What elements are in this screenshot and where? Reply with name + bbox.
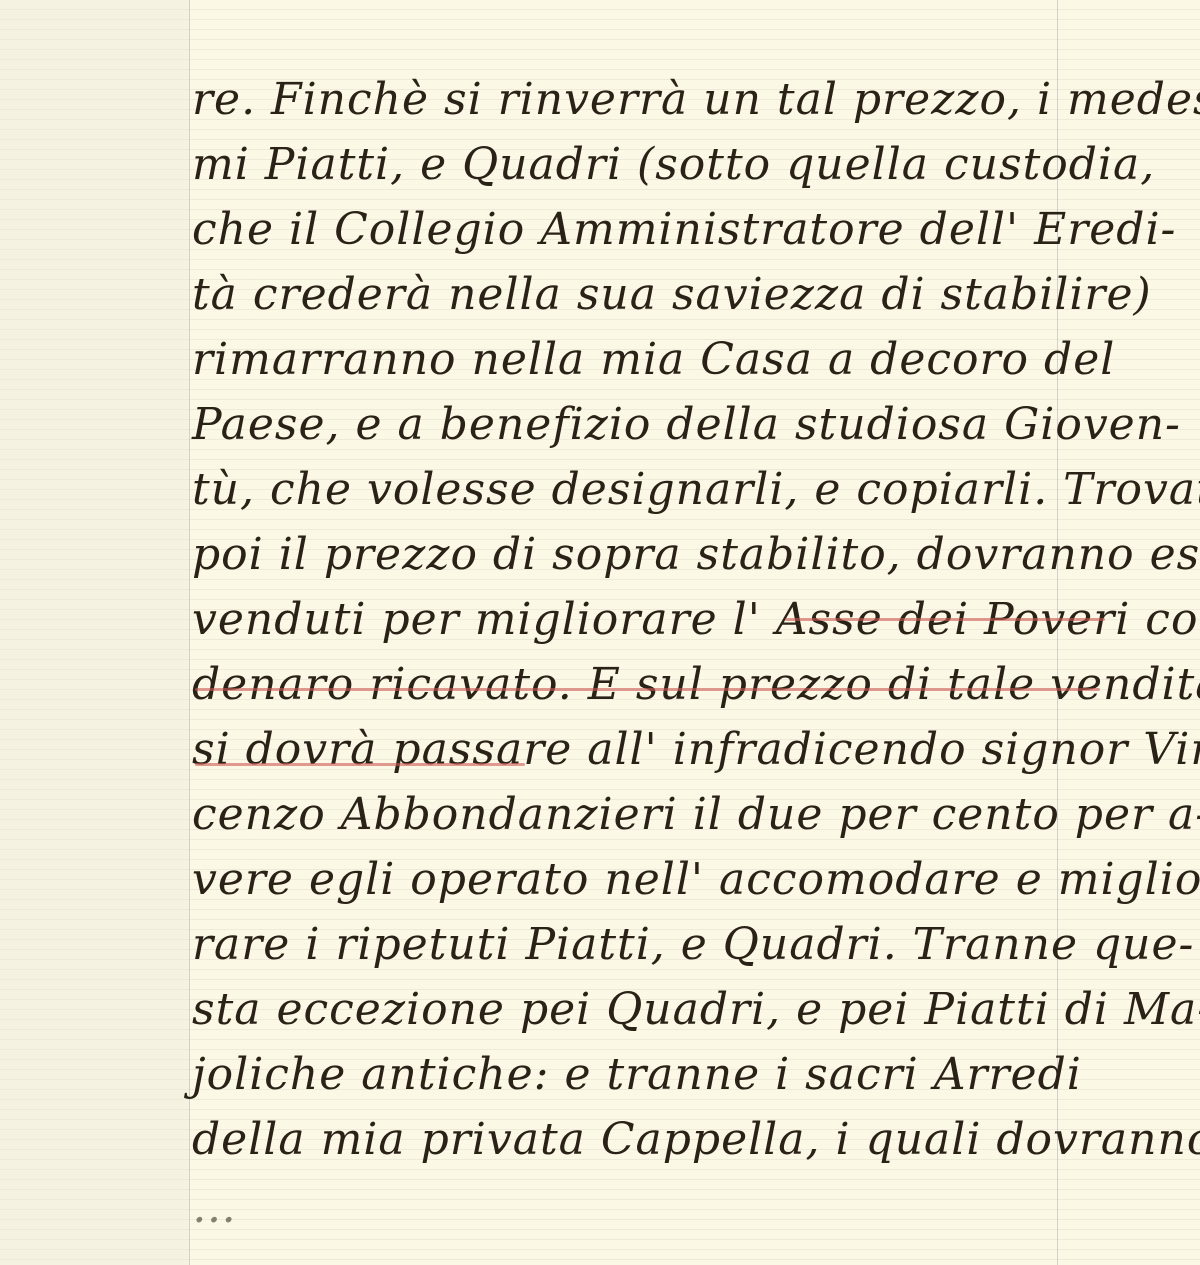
- text-line-17: della mia privata Cappella, i quali dovr…: [192, 1110, 1200, 1170]
- left-margin-rule: [189, 0, 190, 1265]
- text-line-10: denaro ricavato. E sul prezzo di tale ve…: [192, 655, 1200, 715]
- text-line-8: poi il prezzo di sopra stabilito, dovran…: [192, 525, 1200, 585]
- text-line-13: vere egli operato nell' accomodare e mig…: [192, 850, 1200, 910]
- text-line-3: che il Collegio Amministratore dell' Ere…: [192, 200, 1176, 260]
- text-line-7: tù, che volesse designarli, e copiarli. …: [192, 460, 1200, 520]
- left-margin-area: [0, 0, 189, 1265]
- red-underline-2: [195, 688, 1100, 691]
- text-line-11: si dovrà passare all' infradicendo signo…: [192, 720, 1200, 780]
- text-line-6: Paese, e a benefizio della studiosa Giov…: [192, 395, 1181, 455]
- red-underline-1: [785, 618, 1105, 621]
- text-line-15: sta eccezione pei Quadri, e pei Piatti d…: [192, 980, 1200, 1040]
- text-line-18-cutoff: …: [192, 1178, 237, 1238]
- manuscript-page: re. Finchè si rinverrà un tal prezzo, i …: [0, 0, 1200, 1265]
- text-line-16: joliche antiche: e tranne i sacri Arredi: [192, 1045, 1082, 1105]
- red-underline-3: [195, 763, 525, 766]
- text-line-2: mi Piatti, e Quadri (sotto quella custod…: [192, 135, 1155, 195]
- text-line-12: cenzo Abbondanzieri il due per cento per…: [192, 785, 1200, 845]
- text-line-5: rimarranno nella mia Casa a decoro del: [192, 330, 1115, 390]
- text-line-1: re. Finchè si rinverrà un tal prezzo, i …: [192, 70, 1200, 130]
- text-line-14: rare i ripetuti Piatti, e Quadri. Tranne…: [192, 915, 1194, 975]
- text-line-4: tà crederà nella sua saviezza di stabili…: [192, 265, 1152, 325]
